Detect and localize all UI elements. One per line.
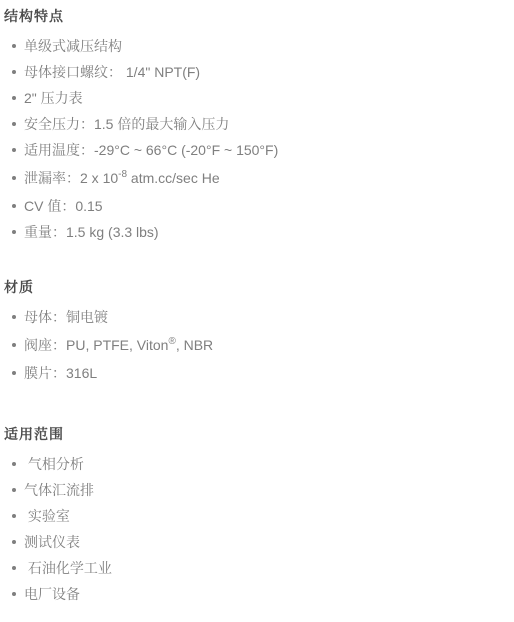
list-item: 电厂设备 <box>4 581 504 607</box>
bullet-list: 母体：铜电镀 阀座：PU, PTFE, Viton®, NBR 膜片：316L <box>4 304 504 386</box>
list-item-text: 重量：1.5 kg (3.3 lbs) <box>24 224 159 240</box>
bullet-icon <box>12 148 16 152</box>
section-materials: 材质 母体：铜电镀 阀座：PU, PTFE, Viton®, NBR 膜片：31… <box>4 279 504 386</box>
list-item: 重量：1.5 kg (3.3 lbs) <box>4 219 504 245</box>
list-item: 石油化学工业 <box>4 555 504 581</box>
bullet-icon <box>12 514 16 518</box>
list-item-text: 适用温度：-29°C ~ 66°C (-20°F ~ 150°F) <box>24 142 278 158</box>
list-item-text: 气体汇流排 <box>24 482 94 498</box>
bullet-icon <box>12 592 16 596</box>
bullet-icon <box>12 96 16 100</box>
bullet-list: 单级式减压结构 母体接口螺纹： 1/4" NPT(F) 2" 压力表 安全压力：… <box>4 33 504 245</box>
list-item: 母体：铜电镀 <box>4 304 504 330</box>
section-applications: 适用范围 气相分析 气体汇流排 实验室 测试仪表 石油化学工业 电厂设备 <box>4 426 504 607</box>
list-item: 2" 压力表 <box>4 85 504 111</box>
list-item: 母体接口螺纹： 1/4" NPT(F) <box>4 59 504 85</box>
list-item: 安全压力：1.5 倍的最大输入压力 <box>4 111 504 137</box>
section-structural-features: 结构特点 单级式减压结构 母体接口螺纹： 1/4" NPT(F) 2" 压力表 … <box>4 8 504 245</box>
bullet-icon <box>12 230 16 234</box>
section-title: 结构特点 <box>4 8 504 24</box>
list-item: 适用温度：-29°C ~ 66°C (-20°F ~ 150°F) <box>4 137 504 163</box>
list-item: 膜片：316L <box>4 360 504 386</box>
list-item-text: 实验室 <box>24 508 70 524</box>
list-item: 气相分析 <box>4 451 504 477</box>
list-item-text: 石油化学工业 <box>24 560 112 576</box>
list-item: 气体汇流排 <box>4 477 504 503</box>
list-item: 单级式减压结构 <box>4 33 504 59</box>
list-item-text: 气相分析 <box>24 456 84 472</box>
bullet-icon <box>12 462 16 466</box>
list-item-text-prefix: 阀座：PU, PTFE, Viton <box>24 337 168 353</box>
bullet-icon <box>12 176 16 180</box>
list-item-text-suffix: , NBR <box>176 337 213 353</box>
superscript-exponent: -8 <box>118 169 127 180</box>
list-item: 实验室 <box>4 503 504 529</box>
list-item-text: 安全压力：1.5 倍的最大输入压力 <box>24 116 229 132</box>
product-specs-page: { "page": { "background_color": "#ffffff… <box>0 0 514 622</box>
list-item-text: 测试仪表 <box>24 534 80 550</box>
bullet-icon <box>12 343 16 347</box>
list-item-text: 膜片：316L <box>24 365 97 381</box>
list-item-text: CV 值：0.15 <box>24 198 103 214</box>
section-title: 适用范围 <box>4 426 504 442</box>
list-item-text: 单级式减压结构 <box>24 38 122 54</box>
list-item-text-prefix: 泄漏率：2 x 10 <box>24 170 118 186</box>
list-item-text-suffix: atm.cc/sec He <box>127 170 220 186</box>
list-item-text: 母体接口螺纹： 1/4" NPT(F) <box>24 64 200 80</box>
section-title: 材质 <box>4 279 504 295</box>
list-item-text: 电厂设备 <box>24 586 80 602</box>
list-item: 测试仪表 <box>4 529 504 555</box>
list-item-text: 母体：铜电镀 <box>24 309 108 325</box>
list-item-text: 2" 压力表 <box>24 90 83 106</box>
bullet-icon <box>12 540 16 544</box>
bullet-icon <box>12 566 16 570</box>
bullet-icon <box>12 204 16 208</box>
superscript-registered: ® <box>168 336 175 347</box>
list-item: 泄漏率：2 x 10-8 atm.cc/sec He <box>4 163 504 193</box>
bullet-icon <box>12 488 16 492</box>
bullet-icon <box>12 44 16 48</box>
bullet-icon <box>12 70 16 74</box>
list-item: CV 值：0.15 <box>4 193 504 219</box>
bullet-list: 气相分析 气体汇流排 实验室 测试仪表 石油化学工业 电厂设备 <box>4 451 504 607</box>
bullet-icon <box>12 315 16 319</box>
bullet-icon <box>12 371 16 375</box>
bullet-icon <box>12 122 16 126</box>
list-item: 阀座：PU, PTFE, Viton®, NBR <box>4 330 504 360</box>
